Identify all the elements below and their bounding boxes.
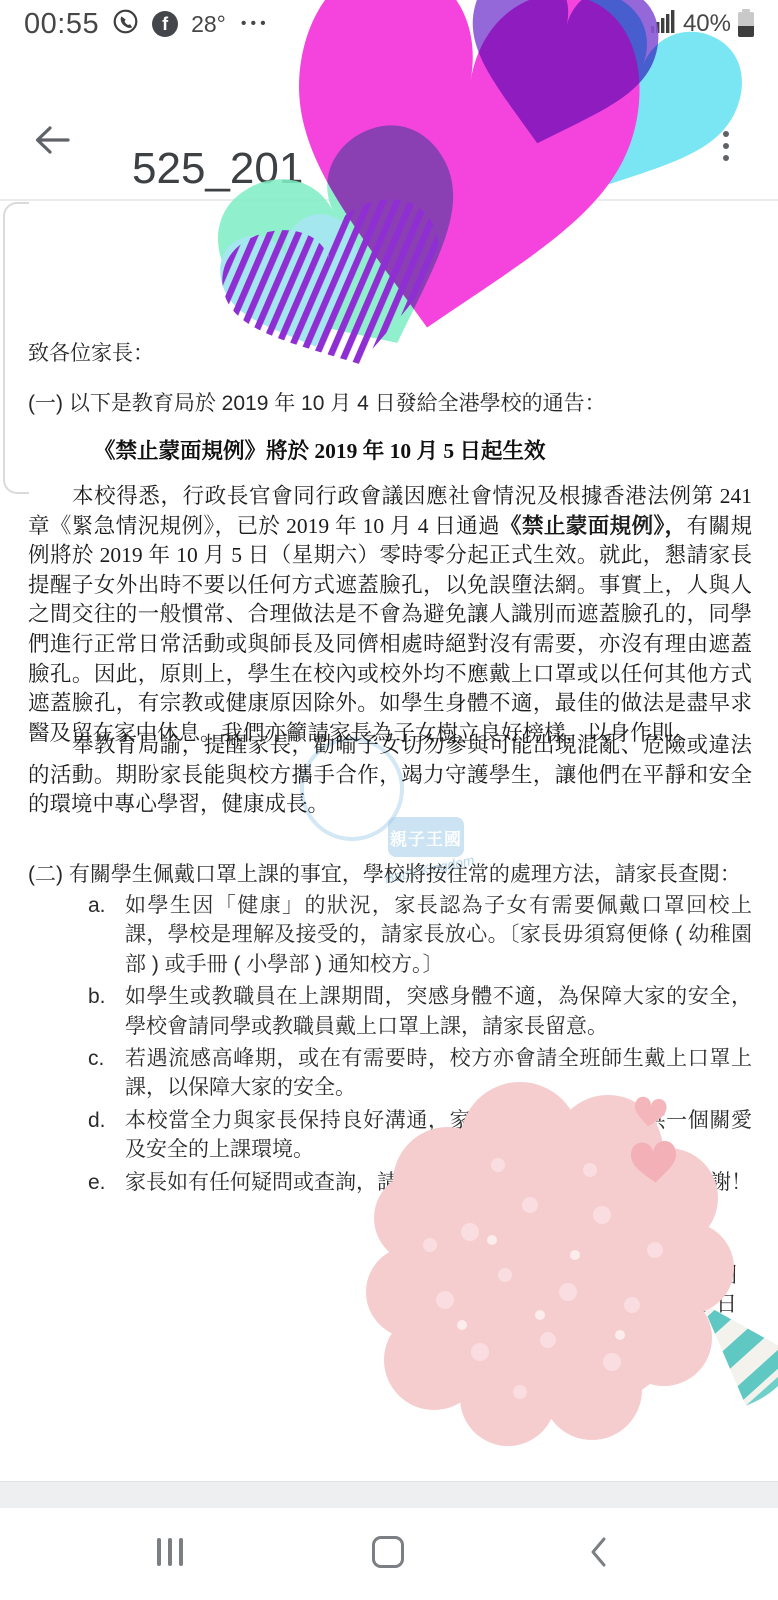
watermark-logo: 親子王國 — [388, 817, 464, 857]
item-label: a. — [88, 891, 125, 979]
home-icon — [372, 1536, 404, 1568]
list-item-a: a. 如學生因「健康」的狀況，家長認為子女有需要佩戴口罩回校上課，學校是理解及接… — [88, 891, 752, 979]
kebab-dot — [723, 131, 729, 137]
nav-back-button[interactable] — [576, 1524, 620, 1580]
status-bar: 00:55 f 28° ••• — [0, 0, 778, 48]
signature-school: 幼稚園 — [674, 1259, 737, 1289]
item-label: c. — [88, 1044, 125, 1103]
item-label: b. — [88, 982, 125, 1041]
back-button[interactable] — [30, 118, 74, 162]
back-chevron-icon — [589, 1535, 607, 1569]
navigation-bar — [0, 1508, 778, 1600]
list-item-d: d. 本校當全力與家長保持良好溝通，家校合作，為大家提供一個關愛及安全的上課環境… — [88, 1106, 752, 1165]
item-label: e. — [88, 1168, 125, 1197]
home-button[interactable] — [366, 1524, 410, 1580]
notice-heading: 《禁止蒙面規例》將於 2019 年 10 月 5 日起生效 — [94, 434, 546, 465]
temperature: 28° — [191, 11, 226, 38]
battery-icon — [738, 9, 754, 39]
item-label: d. — [88, 1106, 125, 1165]
app-bar: 525_201 — [0, 48, 778, 199]
page-edge — [3, 202, 29, 494]
battery-percent: 40% — [683, 10, 731, 38]
item-text: 本校當全力與家長保持良好溝通，家校合作，為大家提供一個關愛及安全的上課環境。 — [125, 1106, 752, 1165]
document-page[interactable]: 親子王國 Baby Kingdom 05 致各位家長： (一) 以下是教育局於 … — [0, 201, 778, 1481]
recents-button[interactable] — [148, 1524, 192, 1580]
signature-date: 月五日 — [674, 1288, 737, 1318]
page-bottom-strip — [0, 1481, 778, 1509]
recents-icon — [157, 1538, 183, 1566]
overflow-menu-button[interactable] — [716, 124, 736, 168]
phone-screen: 00:55 f 28° ••• — [0, 0, 778, 1600]
more-notifications-icon: ••• — [241, 15, 270, 33]
file-title: 525_201 — [132, 144, 303, 194]
status-bar-right: 40% — [617, 9, 754, 40]
item-text: 如學生或教職員在上課期間，突感身體不適，為保障大家的安全，學校會請同學或教職員戴… — [125, 982, 752, 1041]
list-item-e: e. 家長如有任何疑問或查詢，請隨時與，謝謝！ — [88, 1168, 752, 1197]
item-text: 若遇流感高峰期，或在有需要時，校方亦會請全班師生戴上口罩上課，以保障大家的安全。 — [125, 1044, 752, 1103]
bold-regulation-title: 《禁止蒙面規例》， — [500, 514, 687, 538]
list-item-c: c. 若遇流感高峰期，或在有需要時，校方亦會請全班師生戴上口罩上課，以保障大家的… — [88, 1044, 752, 1103]
back-arrow-icon — [30, 118, 74, 162]
signal-strength-icon — [651, 9, 676, 39]
item-text: 如學生因「健康」的狀況，家長認為子女有需要佩戴口罩回校上課，學校是理解及接受的，… — [125, 891, 752, 979]
list-item-b: b. 如學生或教職員在上課期間，突感身體不適，為保障大家的安全，學校會請同學或教… — [88, 982, 752, 1041]
paragraph-1: 本校得悉，行政長官會同行政會議因應社會情況及根據香港法例第 241 章《緊急情況… — [28, 482, 752, 748]
section1-intro: (一) 以下是教育局於 2019 年 10 月 4 日發給全港學校的通告： — [28, 387, 606, 417]
status-bar-left: 00:55 f 28° ••• — [24, 8, 270, 41]
item-text: 家長如有任何疑問或查詢，請隨時與，謝謝！ — [125, 1168, 752, 1197]
whatsapp-icon — [112, 8, 139, 40]
greeting-line: 致各位家長： — [28, 337, 154, 367]
paragraph-2: 奉教育局諭，提醒家長，勸喻子女切勿參與可能出現混亂、危險或違法的活動。期盼家長能… — [28, 731, 752, 820]
section2-intro: (二) 有關學生佩戴口罩上課的事宜，學校將按往常的處理方法，請家長查閱： — [28, 858, 741, 888]
facebook-icon: f — [152, 11, 178, 37]
clock: 00:55 — [24, 8, 99, 41]
letterhead-fragment: 05 — [424, 277, 442, 298]
wifi-icon — [617, 9, 644, 40]
item-list: a. 如學生因「健康」的狀況，家長認為子女有需要佩戴口罩回校上課，學校是理解及接… — [88, 891, 752, 1200]
